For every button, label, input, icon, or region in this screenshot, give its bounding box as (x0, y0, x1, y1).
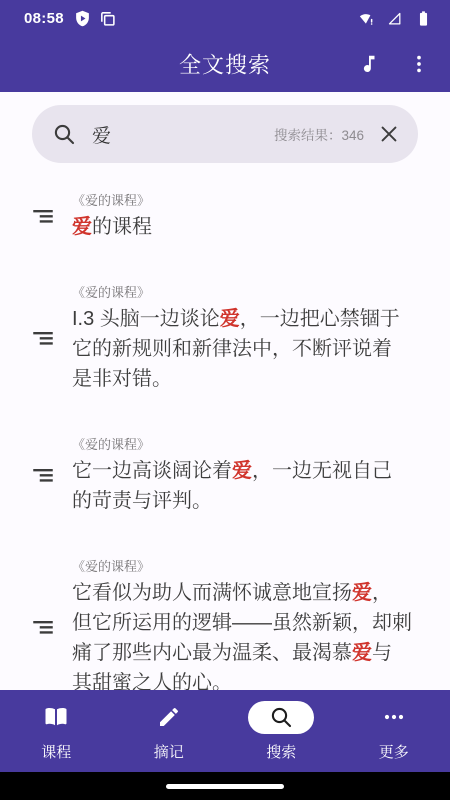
result-book-title: 《爱的课程》 (72, 434, 436, 453)
segment-icon (30, 614, 56, 640)
search-input[interactable]: 爱 (92, 121, 274, 148)
result-snippet: 它看似为助人而满怀诚意地宣扬爱，但它所运用的逻辑——虽然新颖，却刺痛了那些内心最… (72, 578, 436, 690)
book-icon (23, 701, 89, 734)
nav-item-搜索[interactable]: 搜索 (225, 690, 338, 772)
status-time: 08:58 (24, 10, 64, 27)
app-bar-actions (356, 51, 450, 77)
result-book-title: 《爱的课程》 (72, 190, 436, 209)
highlighted-keyword: 爱 (352, 642, 372, 664)
result-text: 《爱的课程》它一边高谈阔论着爱，一边无视自己的苛责与评判。 (72, 434, 436, 516)
nav-label: 课程 (41, 741, 71, 762)
highlighted-keyword: 爱 (352, 582, 372, 604)
result-book-title: 《爱的课程》 (72, 556, 436, 575)
search-result-row[interactable]: 《爱的课程》爱的课程 (30, 190, 436, 242)
battery-icon (415, 10, 432, 27)
search-result-row[interactable]: 《爱的课程》它看似为助人而满怀诚意地宣扬爱，但它所运用的逻辑——虽然新颖，却刺痛… (30, 556, 436, 690)
search-results-list: 《爱的课程》爱的课程《爱的课程》I.3 头脑一边谈论爱，一边把心禁锢于它的新规则… (0, 163, 450, 690)
nav-label: 更多 (379, 741, 409, 762)
phone-screen: 08:58 全文搜索 爱 搜索结果：346 《爱的课程》爱的课程《爱的课程》I.… (0, 0, 450, 800)
overflow-menu-button[interactable] (406, 51, 432, 77)
highlighted-keyword: 爱 (220, 308, 240, 330)
search-result-row[interactable]: 《爱的课程》它一边高谈阔论着爱，一边无视自己的苛责与评判。 (30, 434, 436, 516)
segment-icon (30, 325, 56, 351)
bottom-nav: 课程摘记搜索更多 (0, 690, 450, 772)
result-snippet: 爱的课程 (72, 212, 436, 242)
music-note-button[interactable] (356, 51, 382, 77)
highlighted-keyword: 爱 (72, 216, 92, 238)
content-area: 爱 搜索结果：346 《爱的课程》爱的课程《爱的课程》I.3 头脑一边谈论爱，一… (0, 92, 450, 690)
result-text: 《爱的课程》它看似为助人而满怀诚意地宣扬爱，但它所运用的逻辑——虽然新颖，却刺痛… (72, 556, 436, 690)
nav-item-摘记[interactable]: 摘记 (113, 690, 226, 772)
gesture-bar (0, 772, 450, 800)
app-bar: 全文搜索 (0, 36, 450, 92)
nav-item-更多[interactable]: 更多 (338, 690, 450, 772)
result-snippet: 它一边高谈阔论着爱，一边无视自己的苛责与评判。 (72, 456, 436, 516)
gesture-handle[interactable] (166, 784, 284, 789)
status-left-icons (74, 10, 116, 27)
segment-icon (30, 203, 56, 229)
search-icon (52, 122, 76, 146)
result-text: 《爱的课程》爱的课程 (72, 190, 436, 242)
clear-search-button[interactable] (376, 121, 402, 147)
highlighted-keyword: 爱 (232, 460, 252, 482)
segment-icon (30, 462, 56, 488)
status-bar: 08:58 (0, 0, 450, 36)
more-horiz-icon (361, 701, 427, 734)
shield-play-icon (74, 10, 91, 27)
signal-triangle-icon (387, 11, 402, 26)
nav-label: 摘记 (154, 741, 184, 762)
result-book-title: 《爱的课程》 (72, 282, 436, 301)
overlap-window-icon (99, 10, 116, 27)
search-result-count: 搜索结果：346 (274, 124, 364, 144)
result-snippet: I.3 头脑一边谈论爱，一边把心禁锢于它的新规则和新律法中，不断评说着是非对错。 (72, 304, 436, 394)
search-bar[interactable]: 爱 搜索结果：346 (32, 105, 418, 163)
search-result-row[interactable]: 《爱的课程》I.3 头脑一边谈论爱，一边把心禁锢于它的新规则和新律法中，不断评说… (30, 282, 436, 394)
result-text: 《爱的课程》I.3 头脑一边谈论爱，一边把心禁锢于它的新规则和新律法中，不断评说… (72, 282, 436, 394)
page-title: 全文搜索 (179, 49, 271, 80)
status-right-icons (359, 10, 432, 27)
nav-item-课程[interactable]: 课程 (0, 690, 113, 772)
wifi-alert-icon (359, 11, 374, 26)
edit-icon (136, 701, 202, 734)
search-icon (248, 701, 314, 734)
nav-label: 搜索 (266, 741, 296, 762)
